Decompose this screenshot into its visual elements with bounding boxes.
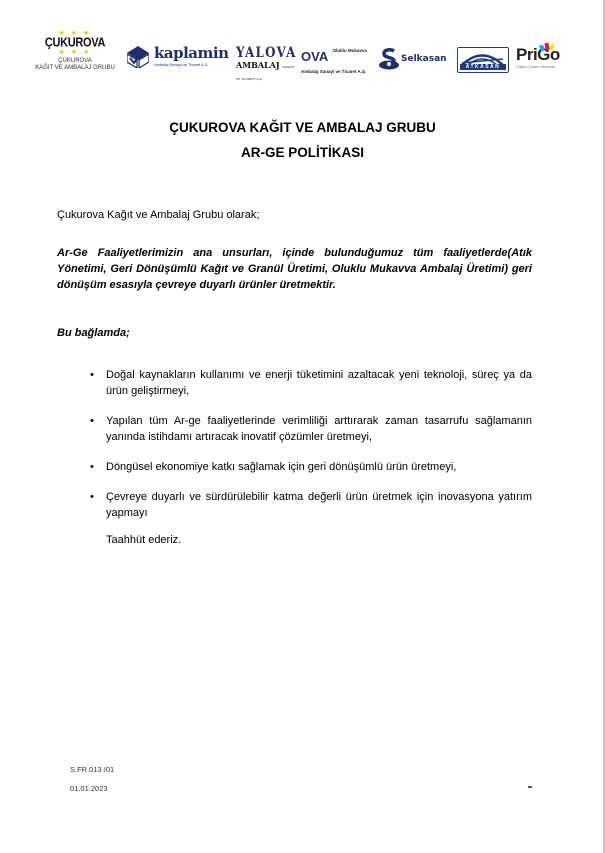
commitment-list: •Doğal kaynakların kullanımı ve enerji t… bbox=[90, 367, 532, 535]
commitment-statement: Taahhüt ederiz. bbox=[106, 534, 181, 546]
ova-oluk: Oluklu Mukavva bbox=[333, 48, 367, 53]
footer-dash bbox=[528, 786, 532, 788]
yalova-sub: AMBALAJ bbox=[236, 60, 280, 70]
bullet-icon: • bbox=[90, 413, 94, 429]
atkasan-name: ATKASAN bbox=[460, 64, 506, 70]
selkasan-s-icon bbox=[379, 48, 399, 70]
document-date: 01.01.2023 bbox=[70, 784, 108, 793]
document-subtitle: AR-GE POLİTİKASI bbox=[0, 145, 605, 160]
selkasan-logo: Selkasan bbox=[379, 48, 455, 70]
cukurova-sub2: KAĞIT VE AMBALAJ GRUBU bbox=[32, 65, 118, 72]
selkasan-name: Selkasan bbox=[401, 54, 447, 64]
list-item: •Çevreye duyarlı ve sürdürülebilir katma… bbox=[90, 489, 532, 521]
kaplamin-tagline: Ambalaj Sanayi ve Ticaret A.Ş. bbox=[154, 62, 209, 67]
ova-sub: Ambalaj Sanayi ve Ticaret A.Ş. bbox=[301, 69, 373, 74]
color-drops-icon bbox=[538, 42, 556, 52]
atkasan-logo: ATKASAN bbox=[457, 47, 509, 73]
yalova-logo: YALOVA AMBALAJ SANAYİ VE TİCARET A.Ş. bbox=[236, 46, 296, 84]
cukurova-brand: ÇUKUROVA bbox=[42, 36, 108, 50]
intro-text: Çukurova Kağıt ve Ambalaj Grubu olarak; bbox=[57, 207, 532, 223]
list-item: •Döngüsel ekonomiye katkı sağlamak için … bbox=[90, 459, 532, 475]
yalova-name: YALOVA bbox=[236, 46, 287, 60]
bullet-icon: • bbox=[90, 459, 94, 475]
document-title: ÇUKUROVA KAĞIT VE AMBALAJ GRUBU bbox=[0, 120, 605, 135]
ova-logo: OVA Oluklu Mukavva Ambalaj Sanayi ve Tic… bbox=[301, 48, 373, 74]
kaplamin-logo: kaplamin Ambalaj Sanayi ve Ticaret A.Ş. bbox=[127, 44, 222, 70]
form-code: S.FR.013 /01 bbox=[70, 765, 114, 774]
ova-name: OVA bbox=[301, 50, 328, 63]
prigo-logo: PriGo Dijital Çözüm Merkezi bbox=[516, 42, 568, 69]
prigo-tagline: Dijital Çözüm Merkezi bbox=[516, 64, 568, 69]
list-item: •Doğal kaynakların kullanımı ve enerji t… bbox=[90, 367, 532, 399]
context-heading: Bu bağlamda; bbox=[57, 325, 532, 341]
bullet-icon: • bbox=[90, 367, 94, 383]
cukurova-sub1: ÇUKUROVA bbox=[42, 58, 108, 65]
cukurova-logo: ★ ★ ★ ÇUKUROVA ★ ★ ★ ÇUKUROVA KAĞIT VE A… bbox=[42, 30, 108, 72]
box-icon bbox=[127, 46, 149, 68]
kaplamin-name: kaplamin bbox=[154, 44, 229, 62]
arch-icon bbox=[460, 50, 505, 65]
list-item: •Yapılan tüm Ar-ge faaliyetlerinde verim… bbox=[90, 413, 532, 445]
mission-statement: Ar-Ge Faaliyetlerimizin ana unsurları, i… bbox=[57, 245, 532, 293]
bullet-icon: • bbox=[90, 489, 94, 505]
